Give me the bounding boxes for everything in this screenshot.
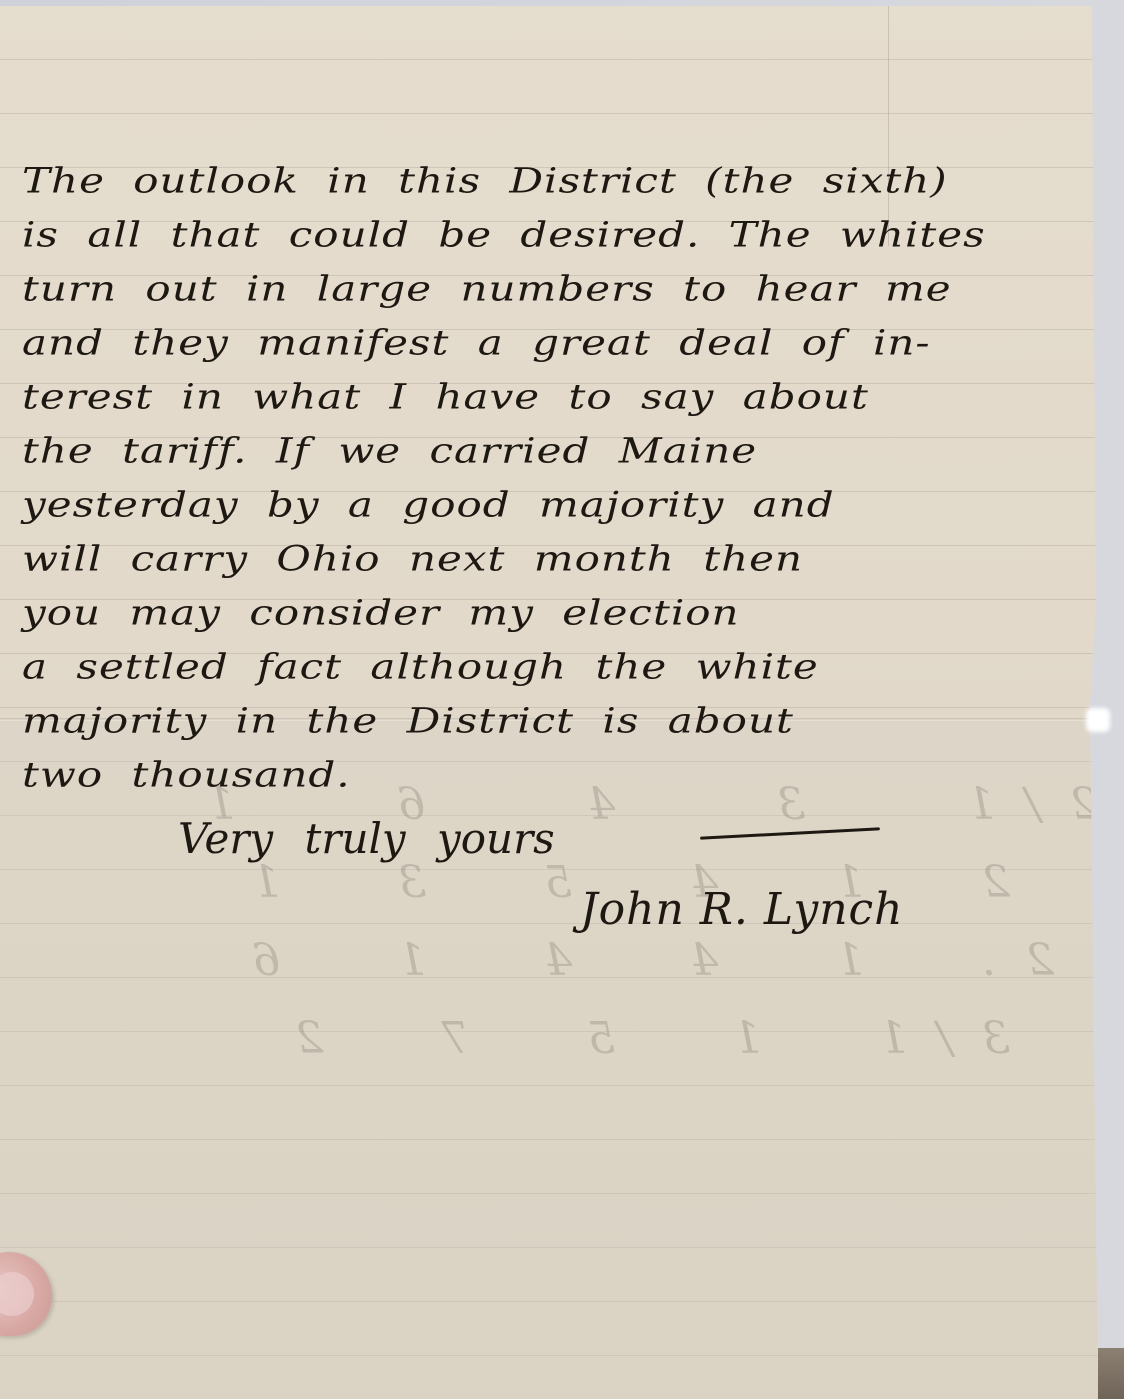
photo-scene: 2/1 3 4 6 1 2 1 4 5 3 1 2. 1 4 4 1 6 3/1… <box>0 0 1124 1399</box>
letter-line: majority in the District is about <box>22 699 1092 743</box>
letter-line: the tariff. If we carried Maine <box>22 429 1092 473</box>
letter-line: is all that could be desired. The whites <box>22 213 1092 257</box>
letter-line: turn out in large numbers to hear me <box>22 267 1092 311</box>
letter-signature: John R. Lynch <box>580 884 904 935</box>
letter-line: yesterday by a good majority and <box>22 483 1092 527</box>
letter-line: a settled fact although the white <box>22 645 1092 689</box>
letter-body: The outlook in this District (the sixth)… <box>22 154 1092 802</box>
letter-line: two thousand. <box>22 753 1092 797</box>
letter-line: you may consider my election <box>22 591 1092 635</box>
light-glare <box>1086 708 1110 732</box>
letter-line: The outlook in this District (the sixth) <box>22 159 1092 203</box>
letter-paper: 2/1 3 4 6 1 2 1 4 5 3 1 2. 1 4 4 1 6 3/1… <box>0 6 1098 1399</box>
letter-line: and they manifest a great deal of in- <box>22 321 1092 365</box>
table-edge <box>1098 1348 1124 1399</box>
letter-line: terest in what I have to say about <box>22 375 1092 419</box>
letter-closing: Very truly yours <box>178 814 555 863</box>
letter-line: will carry Ohio next month then <box>22 537 1092 581</box>
